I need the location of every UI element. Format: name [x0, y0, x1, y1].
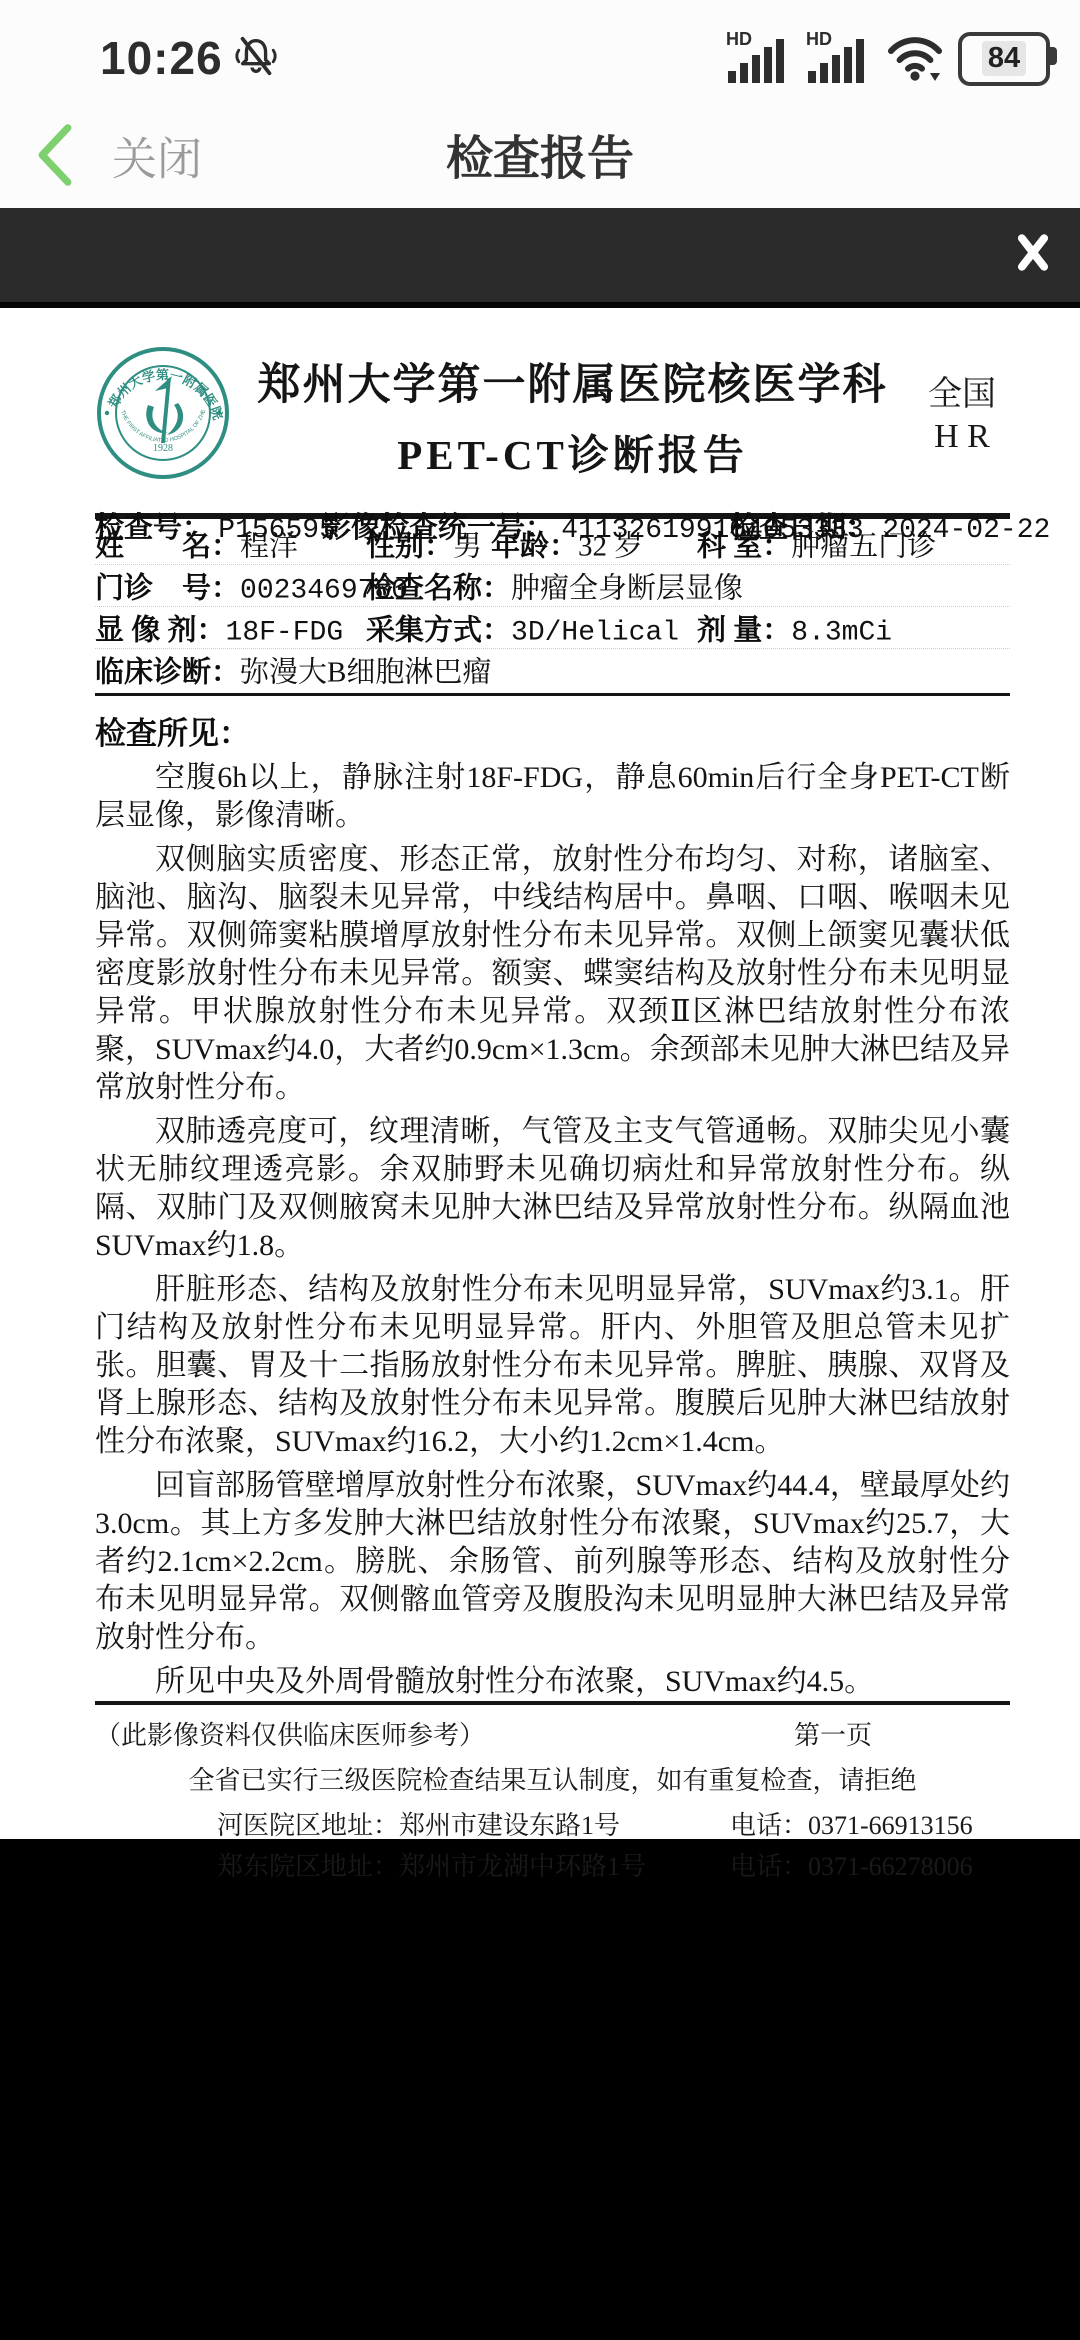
patient-field: 显 像 剂：18F-FDG	[95, 607, 343, 648]
patient-field: 临床诊断：弥漫大B细胞淋巴瘤	[95, 649, 491, 690]
patient-field-label: 采集方式：	[366, 614, 511, 646]
report-document[interactable]: 郑州大学第一附属医院 THE FIRST AFFILIATED HOSPITAL…	[0, 308, 1080, 1839]
footer-note: （此影像资料仅供临床医师参考）	[95, 1715, 485, 1752]
patient-field: 检查名称：肿瘤全身断层显像	[366, 565, 743, 606]
findings-heading: 检查所见：	[95, 708, 1010, 753]
findings-paragraph: 所见中央及外周骨髓放射性分布浓聚，SUVmax约4.5。	[95, 1663, 1010, 1701]
footer-address-row: 河医院区地址：郑州市建设东路1号电话：0371-66913156	[95, 1805, 1010, 1838]
patient-field-value: 肿瘤全身断层显像	[511, 572, 743, 604]
patient-field-label: 性别：	[366, 530, 453, 562]
patient-field: 年龄：32 岁	[491, 523, 643, 564]
patient-field-label: 年龄：	[491, 530, 578, 562]
status-bar: 10:26 HD HD	[0, 0, 1080, 102]
patient-field: 采集方式：3D/Helical	[366, 607, 679, 648]
patient-field-value: 弥漫大B细胞淋巴瘤	[240, 656, 491, 688]
mute-vibrate-icon	[233, 33, 279, 84]
hd-label: HD	[806, 29, 832, 49]
page-title: 检查报告	[0, 122, 1080, 189]
footer-page-number: 第一页	[794, 1715, 872, 1752]
patient-field: 科 室：肿瘤五门诊	[697, 523, 936, 564]
patient-field-value: 3D/Helical	[511, 617, 679, 648]
findings-section: 检查所见： 空腹6h以上，静脉注射18F-FDG，静息60min后行全身PET-…	[95, 693, 1010, 1701]
patient-field: 姓 名：程洋	[95, 523, 298, 564]
patient-field-label: 科 室：	[697, 530, 791, 562]
patient-info-table: 姓 名：程洋性别：男年龄：32 岁科 室：肿瘤五门诊门诊 号：002346978…	[95, 523, 1010, 690]
report-title: PET-CT诊断报告	[231, 422, 914, 481]
patient-field-label: 门诊 号：	[95, 572, 240, 604]
battery-icon: 84	[958, 32, 1050, 86]
hospital-logo: 郑州大学第一附属医院 THE FIRST AFFILIATED HOSPITAL…	[95, 344, 231, 487]
footer-phone: 电话：0371-66913156	[730, 1805, 973, 1842]
footer-address-row: 郑东院区地址：郑州市龙湖中环路1号电话：0371-66278006	[95, 1846, 1010, 1879]
footer-addresses: 河医院区地址：郑州市建设东路1号电话：0371-66913156郑东院区地址：郑…	[95, 1805, 1010, 1879]
patient-field-label: 临床诊断：	[95, 656, 240, 688]
patient-field-value: 男	[453, 530, 482, 562]
patient-row: 门诊 号：0023469780检查名称：肿瘤全身断层显像	[95, 565, 1010, 607]
footer-address: 郑东院区地址：郑州市龙湖中环路1号	[217, 1852, 646, 1881]
findings-paragraph: 双肺透亮度可，纹理清晰，气管及主支气管通畅。双肺尖见小囊状无肺纹理透亮影。余双肺…	[95, 1113, 1010, 1265]
footer-address: 河医院区地址：郑州市建设东路1号	[217, 1811, 620, 1840]
viewer-toolbar	[0, 208, 1080, 308]
findings-body: 空腹6h以上，静脉注射18F-FDG，静息60min后行全身PET-CT断层显像…	[95, 759, 1010, 1701]
patient-field-value: 程洋	[240, 530, 298, 562]
patient-row: 显 像 剂：18F-FDG采集方式：3D/Helical剂 量：8.3mCi	[95, 607, 1010, 649]
patient-field-label: 检查名称：	[366, 572, 511, 604]
patient-field-value: 8.3mCi	[791, 617, 892, 648]
report-footer: （此影像资料仅供临床医师参考） 第一页 全省已实行三级医院检查结果互认制度，如有…	[95, 1701, 1010, 1879]
clock: 10:26	[100, 31, 223, 85]
cellular-signal-icon-1: HD	[726, 29, 792, 88]
patient-field-value: 32 岁	[578, 530, 643, 562]
report-meta-row: 检查号： P156595 影像检查统一号： 411326199104053333…	[95, 505, 1010, 519]
corner-mark: 全国 H R	[914, 374, 1010, 458]
findings-paragraph: 空腹6h以上，静脉注射18F-FDG，静息60min后行全身PET-CT断层显像…	[95, 759, 1010, 835]
patient-row: 姓 名：程洋性别：男年龄：32 岁科 室：肿瘤五门诊	[95, 523, 1010, 565]
patient-field: 性别：男	[366, 523, 482, 564]
corner-mark-line1: 全国	[914, 374, 1010, 416]
patient-field-label: 姓 名：	[95, 530, 240, 562]
patient-field-label: 显 像 剂：	[95, 614, 226, 646]
patient-field-value: 18F-FDG	[226, 617, 344, 648]
app-header: 关闭 检查报告	[0, 102, 1080, 208]
patient-field-label: 剂 量：	[697, 614, 791, 646]
patient-field: 门诊 号：0023469780	[95, 565, 408, 606]
findings-paragraph: 回盲部肠管壁增厚放射性分布浓聚，SUVmax约44.4，壁最厚处约3.0cm。其…	[95, 1467, 1010, 1657]
report-header: 郑州大学第一附属医院 THE FIRST AFFILIATED HOSPITAL…	[95, 344, 1010, 487]
footer-notice: 全省已实行三级医院检查结果互认制度，如有重复检查，请拒绝	[95, 1760, 1010, 1797]
logo-year: 1928	[153, 443, 173, 454]
battery-percent: 84	[982, 41, 1026, 76]
hd-label: HD	[726, 29, 752, 49]
wifi-icon	[886, 33, 944, 88]
corner-mark-line2: H R	[914, 416, 1010, 458]
patient-row: 临床诊断：弥漫大B细胞淋巴瘤	[95, 649, 1010, 690]
patient-field-value: 肿瘤五门诊	[791, 530, 936, 562]
cellular-signal-icon-2: HD	[806, 29, 872, 88]
patient-field: 剂 量：8.3mCi	[697, 607, 892, 648]
findings-paragraph: 肝脏形态、结构及放射性分布未见明显异常，SUVmax约3.1。肝门结构及放射性分…	[95, 1271, 1010, 1461]
footer-phone: 电话：0371-66278006	[730, 1846, 973, 1883]
viewer-close-icon[interactable]	[1014, 234, 1052, 277]
hospital-title: 郑州大学第一附属医院核医学科	[231, 351, 914, 412]
findings-paragraph: 双侧脑实质密度、形态正常，放射性分布均匀、对称，诸脑室、脑池、脑沟、脑裂未见异常…	[95, 841, 1010, 1107]
